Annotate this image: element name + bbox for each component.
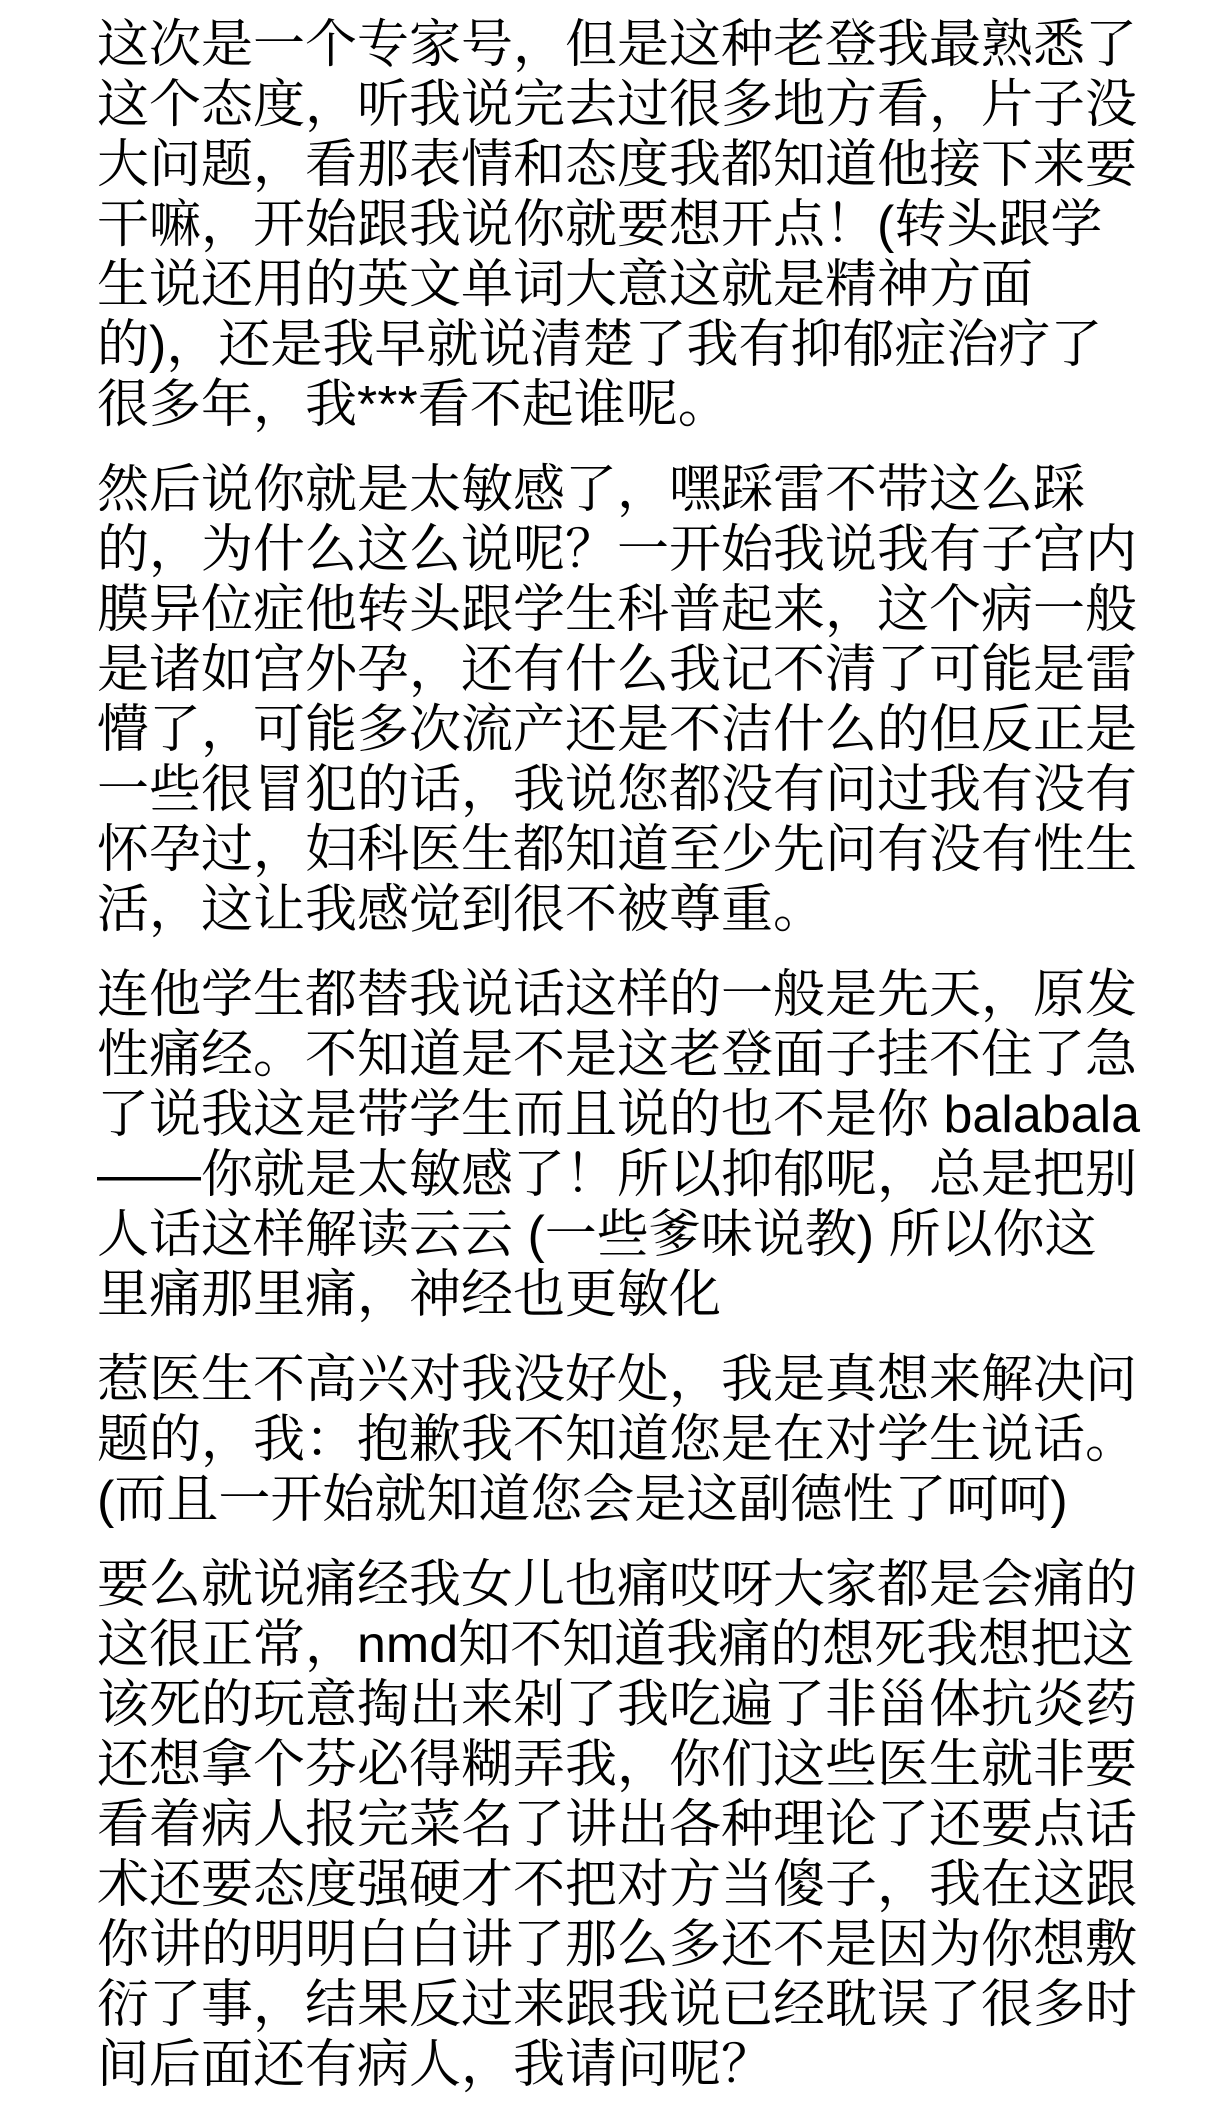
post-paragraph: 惹医生不高兴对我没好处，我是真想来解决问 题的，我：抱歉我不知道您是在对学生说话… [97, 1350, 1168, 1530]
post-paragraph: 连他学生都替我说话这样的一般是先天，原发 性痛经。不知道是不是这老登面子挂不住了… [97, 965, 1168, 1325]
post-paragraph: 要么就说痛经我女儿也痛哎呀大家都是会痛的 这很正常，nmd知不知道我痛的想死我想… [97, 1555, 1168, 2095]
text-post-page: 这次是一个专家号，但是这种老登我最熟悉了 这个态度，听我说完去过很多地方看，片子… [0, 0, 1206, 2104]
post-paragraph: 然后说你就是太敏感了，嘿踩雷不带这么踩 的，为什么这么说呢？一开始我说我有子宫内… [97, 460, 1168, 940]
post-body: 这次是一个专家号，但是这种老登我最熟悉了 这个态度，听我说完去过很多地方看，片子… [97, 15, 1168, 2095]
post-paragraph: 这次是一个专家号，但是这种老登我最熟悉了 这个态度，听我说完去过很多地方看，片子… [97, 15, 1168, 435]
